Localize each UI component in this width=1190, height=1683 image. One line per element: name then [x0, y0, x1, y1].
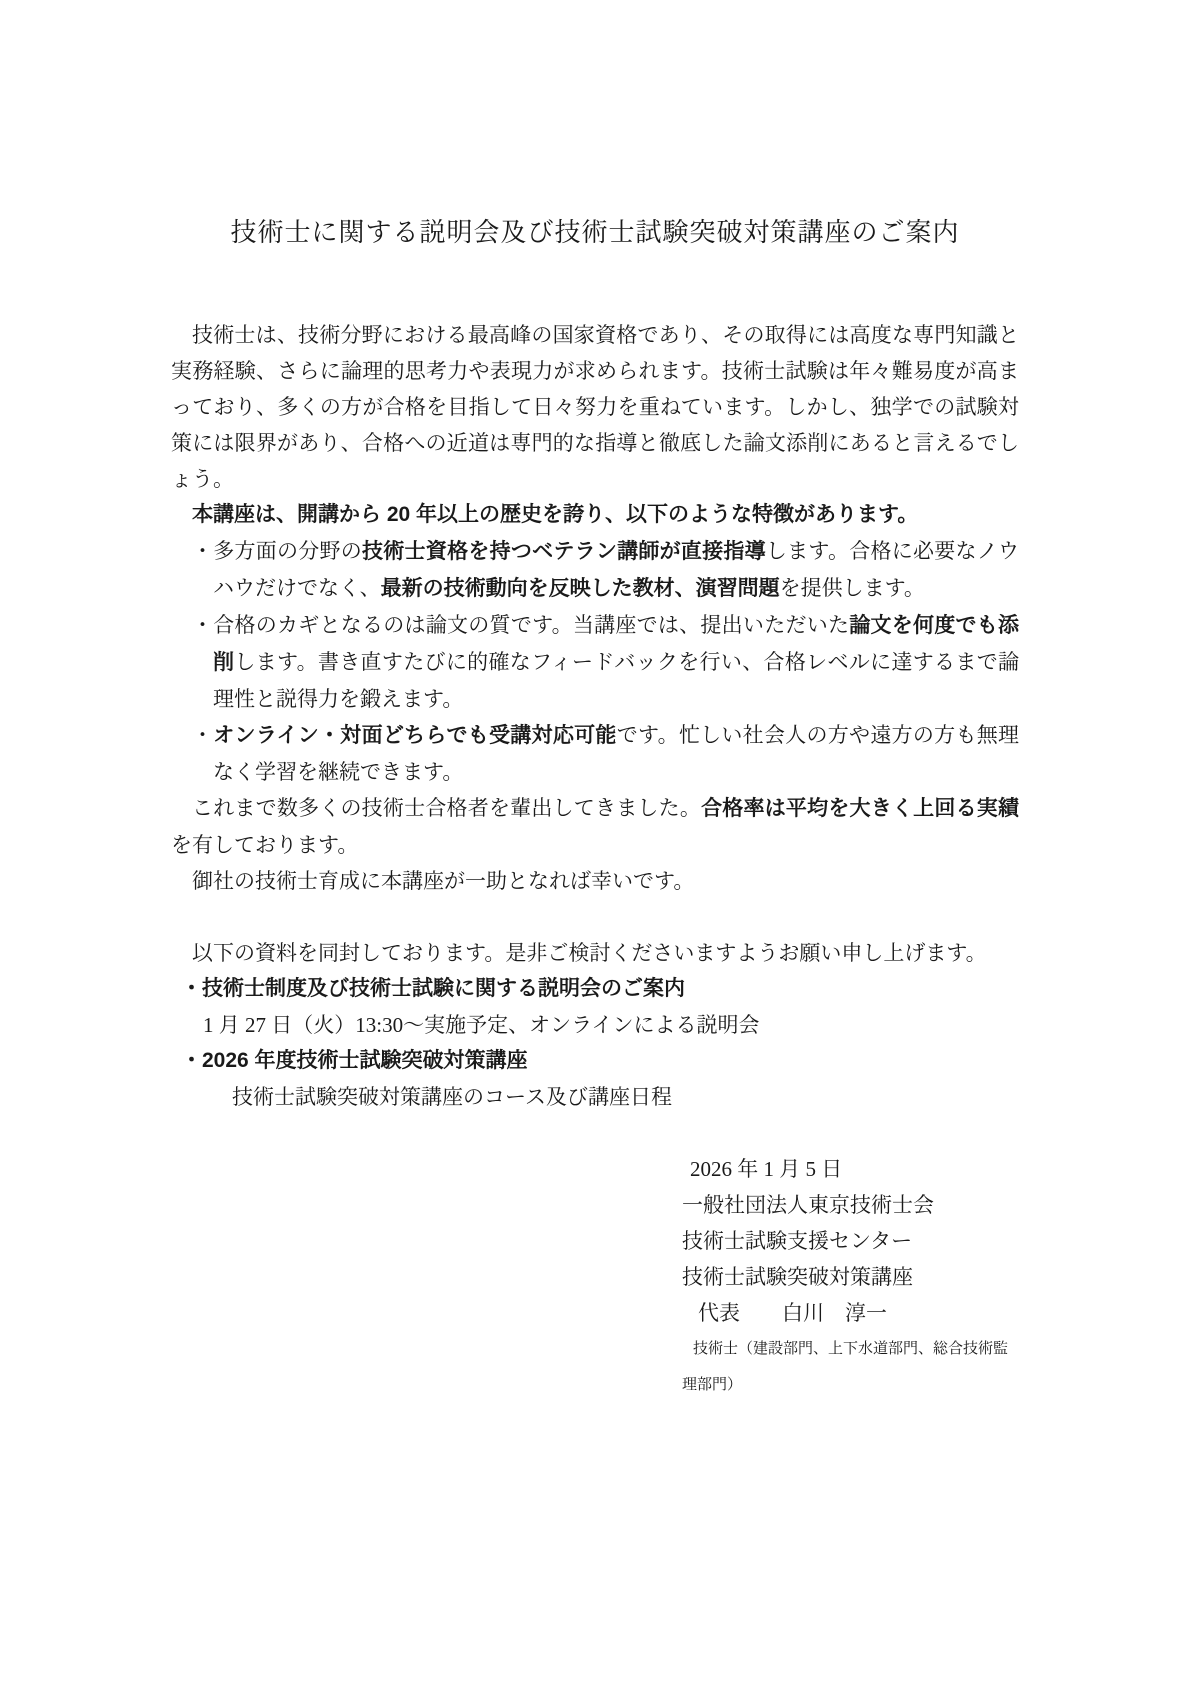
- enclosure-item-course: ・2026 年度技術士試験突破対策講座: [171, 1043, 1019, 1079]
- enclosure-course-contents: 技術士試験突破対策講座のコース及び講座日程: [171, 1079, 1019, 1115]
- signature-representative: 代表 白川 淳一: [682, 1295, 1019, 1331]
- signature-qualifications: 技術士（建設部門、上下水道部門、総合技術監理部門）: [682, 1331, 1019, 1403]
- feature-item-online-flexible: ・オンライン・対面どちらでも受講対応可能です。忙しい社会人の方や遠方の方も無理な…: [171, 717, 1019, 790]
- signature-organization: 一般社団法人東京技術士会: [682, 1187, 1019, 1223]
- feature-item-instructors: ・多方面の分野の技術士資格を持つベテラン講師が直接指導します。合格に必要なノウハ…: [171, 533, 1019, 607]
- intro-paragraph: 技術士は、技術分野における最高峰の国家資格であり、その取得には高度な専門知識と実…: [171, 317, 1019, 497]
- signature-date: 2026 年 1 月 5 日: [682, 1151, 1019, 1187]
- features-lead-paragraph: 本講座は、開講から 20 年以上の歴史を誇り、以下のような特徴があります。: [171, 497, 1019, 533]
- signature-course: 技術士試験突破対策講座: [682, 1259, 1019, 1295]
- enclosures-lead-paragraph: 以下の資料を同封しております。是非ご検討くださいますようお願い申し上げます。: [171, 935, 1019, 971]
- track-record-paragraph: これまで数多くの技術士合格者を輩出してきました。合格率は平均を大きく上回る実績を…: [171, 790, 1019, 863]
- blank-line: [171, 899, 1019, 935]
- blank-line: [171, 1115, 1019, 1151]
- letter-body: 技術士は、技術分野における最高峰の国家資格であり、その取得には高度な専門知識と実…: [171, 317, 1019, 1403]
- signature-center: 技術士試験支援センター: [682, 1223, 1019, 1259]
- document-title: 技術士に関する説明会及び技術士試験突破対策講座のご案内: [0, 212, 1190, 252]
- feature-item-essay-review: ・合格のカギとなるのは論文の質です。当講座では、提出いただいた論文を何度でも添削…: [171, 607, 1019, 717]
- closing-paragraph: 御社の技術士育成に本講座が一助となれば幸いです。: [171, 863, 1019, 899]
- signature-block: 2026 年 1 月 5 日 一般社団法人東京技術士会 技術士試験支援センター …: [682, 1151, 1019, 1403]
- document-page: 技術士に関する説明会及び技術士試験突破対策講座のご案内 技術士は、技術分野におけ…: [0, 0, 1190, 1683]
- enclosure-item-seminar: ・技術士制度及び技術士試験に関する説明会のご案内: [171, 971, 1019, 1007]
- enclosure-seminar-schedule: 1 月 27 日（火）13:30～実施予定、オンラインによる説明会: [171, 1007, 1019, 1043]
